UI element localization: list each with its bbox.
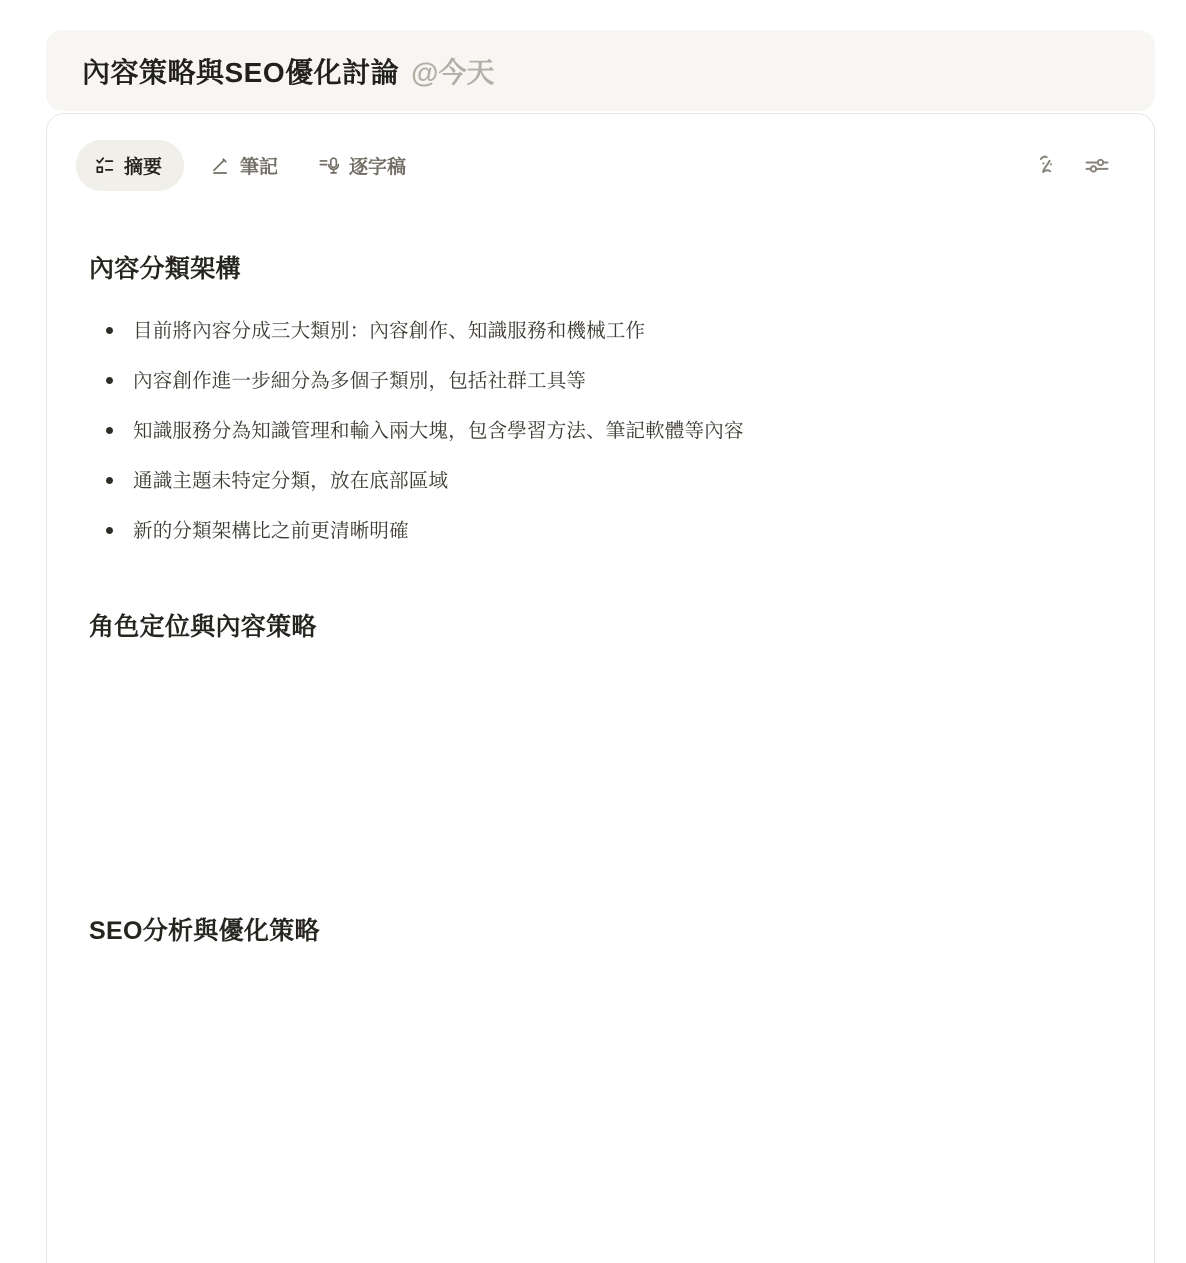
tab-summary[interactable]: 摘要 xyxy=(76,140,184,191)
filter-sliders-icon[interactable] xyxy=(1080,149,1114,183)
date-tag: @今天 xyxy=(411,51,494,91)
checklist-icon xyxy=(94,155,115,176)
section-heading: 內容分類架構 xyxy=(89,249,1110,285)
section-role-strategy: 角色定位與內容策略 xyxy=(89,607,1110,643)
ai-polish-icon[interactable] xyxy=(1032,149,1066,183)
summary-document: 內容分類架構 目前將內容分成三大類別：內容創作、知識服務和機械工作 內容創作進一… xyxy=(47,191,1154,947)
note-header: 內容策略與SEO優化討論 @今天 xyxy=(46,30,1155,111)
list-item: 目前將內容分成三大類別：內容創作、知識服務和機械工作 xyxy=(89,319,1110,343)
section-seo-strategy: SEO分析與優化策略 xyxy=(89,911,1110,947)
tab-notes[interactable]: 筆記 xyxy=(210,152,278,179)
tab-transcript-label: 逐字稿 xyxy=(349,152,406,179)
tab-transcript[interactable]: 逐字稿 xyxy=(318,152,406,179)
tab-notes-label: 筆記 xyxy=(240,152,278,179)
section-heading: 角色定位與內容策略 xyxy=(89,607,1110,643)
tab-summary-label: 摘要 xyxy=(124,152,162,179)
bullet-list: 目前將內容分成三大類別：內容創作、知識服務和機械工作 內容創作進一步細分為多個子… xyxy=(89,319,1110,543)
pencil-icon xyxy=(210,155,231,176)
section-heading: SEO分析與優化策略 xyxy=(89,911,1110,947)
page-title: 內容策略與SEO優化討論 xyxy=(82,51,399,91)
list-item: 知識服務分為知識管理和輸入兩大塊，包含學習方法、筆記軟體等內容 xyxy=(89,419,1110,443)
list-item: 新的分類架構比之前更清晰明確 xyxy=(89,519,1110,543)
tab-bar: 摘要 筆記 xyxy=(47,114,1154,191)
list-item: 內容創作進一步細分為多個子類別，包括社群工具等 xyxy=(89,369,1110,393)
note-content-card: 摘要 筆記 xyxy=(46,113,1155,1254)
section-content-structure: 內容分類架構 目前將內容分成三大類別：內容創作、知識服務和機械工作 內容創作進一… xyxy=(89,249,1110,543)
list-item: 通識主題未特定分類，放在底部區域 xyxy=(89,469,1110,493)
transcript-mic-icon xyxy=(318,155,340,177)
